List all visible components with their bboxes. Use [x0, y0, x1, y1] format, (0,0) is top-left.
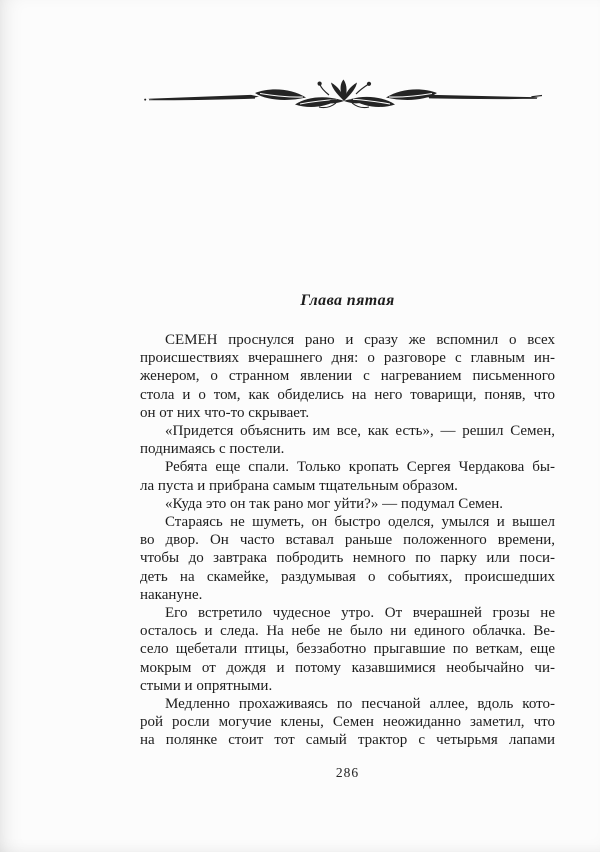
text-line: мокрым от дождя и потому казавшимися нео… — [140, 659, 555, 677]
text-line: на полянке стоит тот самый трактор с чет… — [140, 731, 555, 749]
text-line: стола и о том, как обиделись на него тов… — [140, 386, 555, 404]
text-line: «Куда это он так рано мог уйти?» — подум… — [140, 495, 555, 513]
text-line: Ребята еще спали. Только кропать Сергея … — [140, 458, 555, 476]
paragraph: «Куда это он так рано мог уйти?» — подум… — [140, 495, 555, 513]
paragraph: Его встретило чудесное утро. От вчерашне… — [140, 604, 555, 695]
paragraph: «Придется объяснить им все, как есть», —… — [140, 422, 555, 458]
text-line: осталось и следа. На небе не было ни еди… — [140, 622, 555, 640]
floral-divider-icon — [143, 79, 543, 117]
text-line: накануне. — [140, 586, 555, 604]
text-line: СЕМЕН проснулся рано и сразу же вспомнил… — [140, 331, 555, 349]
text-line: «Придется объяснить им все, как есть», —… — [140, 422, 555, 440]
text-line: Его встретило чудесное утро. От вчерашне… — [140, 604, 555, 622]
text-line: Стараясь не шуметь, он быстро оделся, ум… — [140, 513, 555, 531]
text-line: поднимаясь с постели. — [140, 440, 555, 458]
text-line: чтобы до завтрака побродить немного по п… — [140, 549, 555, 567]
paragraph: Стараясь не шуметь, он быстро оделся, ум… — [140, 513, 555, 604]
paragraph: СЕМЕН проснулся рано и сразу же вспомнил… — [140, 331, 555, 422]
text-line: стыми и опрятными. — [140, 677, 555, 695]
text-line: женером, о странном явлении с нагревание… — [140, 367, 555, 385]
body-text: СЕМЕН проснулся рано и сразу же вспомнил… — [140, 331, 555, 750]
book-page: Глава пятая СЕМЕН проснулся рано и сразу… — [0, 0, 600, 852]
text-line: он от них что-то скрывает. — [140, 404, 555, 422]
paragraph: Ребята еще спали. Только кропать Сергея … — [140, 458, 555, 494]
text-line: Медленно прохаживаясь по песчаной аллее,… — [140, 695, 555, 713]
text-line: во двор. Он часто вставал раньше положен… — [140, 531, 555, 549]
text-line: происшествиях вчерашнего дня: о разговор… — [140, 349, 555, 367]
paragraph: Медленно прохаживаясь по песчаной аллее,… — [140, 695, 555, 750]
page-number: 286 — [140, 765, 555, 781]
text-line: рой росли могучие клены, Семен неожиданн… — [140, 713, 555, 731]
text-line: село щебетали птицы, беззаботно прыгавши… — [140, 640, 555, 658]
chapter-title: Глава пятая — [140, 292, 555, 310]
text-line: деть на скамейке, раздумывая о событиях,… — [140, 568, 555, 586]
text-line: ла пуста и прибрана самым тщательным обр… — [140, 477, 555, 495]
